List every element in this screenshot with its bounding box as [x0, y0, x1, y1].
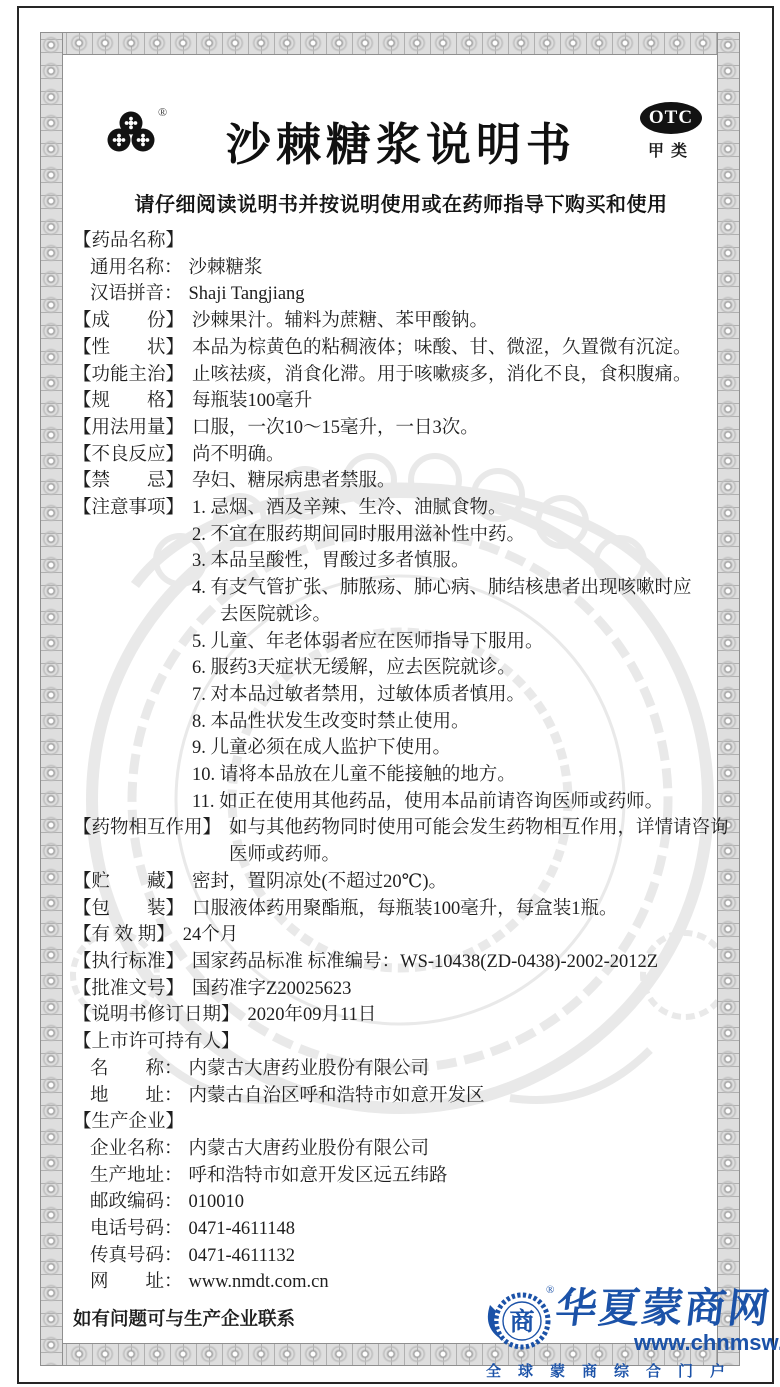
section-value: 孕妇、糖尿病患者禁服。 — [192, 468, 736, 495]
section-label: 【规 格】 — [73, 388, 184, 415]
field-label: 名 称： — [90, 1056, 183, 1083]
field-value: Shaji Tangjiang — [189, 281, 736, 308]
ornate-border-left — [40, 32, 63, 1366]
section-label: 【有 效 期】 — [73, 922, 175, 949]
section-indications: 【功能主治】 止咳祛痰，消食化滞。用于咳嗽痰多，消化不良，食积腹痛。 — [66, 362, 736, 389]
row-generic-name: 通用名称： 沙棘糖浆 — [66, 255, 736, 282]
section-dosage: 【用法用量】 口服，一次10～15毫升，一日3次。 — [66, 415, 736, 442]
precaution-item: 10. 请将本品放在儿童不能接触的地方。 — [192, 762, 692, 789]
section-value: 尚不明确。 — [192, 442, 736, 469]
section-approval-number: 【批准文号】 国药准字Z20025623 — [66, 976, 736, 1003]
precaution-item: 5. 儿童、年老体弱者应在医师指导下服用。 — [192, 629, 692, 656]
section-revision-date: 【说明书修订日期】 2020年09月11日 — [66, 1002, 736, 1029]
section-manufacturer: 【生产企业】 — [66, 1109, 736, 1136]
section-label: 【药物相互作用】 — [73, 815, 221, 842]
field-label: 邮政编码： — [90, 1189, 183, 1216]
section-ingredients: 【成 份】 沙棘果汁。辅料为蔗糖、苯甲酸钠。 — [66, 308, 736, 335]
section-label: 【生产企业】 — [73, 1109, 184, 1136]
row-holder-address: 地 址： 内蒙古自治区呼和浩特市如意开发区 — [66, 1083, 736, 1110]
section-value: 2020年09月11日 — [248, 1002, 736, 1029]
section-standard: 【执行标准】 国家药品标准 标准编号：WS-10438(ZD-0438)-200… — [66, 949, 736, 976]
field-label: 地 址： — [90, 1083, 183, 1110]
page-title: 沙棘糖浆说明书 — [66, 108, 736, 173]
leaflet-body: 【药品名称】 通用名称： 沙棘糖浆 汉语拼音： Shaji Tangjiang … — [66, 228, 736, 1334]
seal-character: 商 — [509, 1307, 534, 1336]
field-value: 内蒙古大唐药业股份有限公司 — [189, 1056, 736, 1083]
precaution-item: 3. 本品呈酸性，胃酸过多者慎服。 — [192, 548, 692, 575]
precaution-item: 2. 不宜在服药期间同时服用滋补性中药。 — [192, 522, 692, 549]
ornate-border-top — [40, 32, 740, 55]
section-package: 【包 装】 口服液体药用聚酯瓶，每瓶装100毫升，每盒装1瓶。 — [66, 896, 736, 923]
merchant-seal-icon: 商 ® — [480, 1279, 554, 1355]
registered-mark: ® — [546, 1284, 554, 1296]
section-value: 国药准字Z20025623 — [192, 976, 736, 1003]
section-label: 【说明书修订日期】 — [73, 1002, 240, 1029]
section-label: 【不良反应】 — [73, 442, 184, 469]
brand-url: www.chnmsw.com — [634, 1331, 780, 1355]
row-manufacturer-name: 企业名称： 内蒙古大唐药业股份有限公司 — [66, 1136, 736, 1163]
section-value: 国家药品标准 标准编号：WS-10438(ZD-0438)-2002-2012Z — [192, 949, 736, 976]
section-adverse-reactions: 【不良反应】 尚不明确。 — [66, 442, 736, 469]
field-label: 传真号码： — [90, 1243, 183, 1270]
section-license-holder: 【上市许可持有人】 — [66, 1029, 736, 1056]
section-value: 密封，置阴凉处(不超过20℃)。 — [192, 869, 736, 896]
row-fax: 传真号码： 0471-4611132 — [66, 1243, 736, 1270]
precaution-item: 4. 有支气管扩张、肺脓疡、肺心病、肺结核患者出现咳嗽时应去医院就诊。 — [192, 575, 692, 628]
section-value: 每瓶装100毫升 — [192, 388, 736, 415]
section-drug-interaction: 【药物相互作用】 如与其他药物同时使用可能会发生药物相互作用，详情请咨询医师或药… — [66, 815, 736, 868]
row-holder-name: 名 称： 内蒙古大唐药业股份有限公司 — [66, 1056, 736, 1083]
precaution-item: 8. 本品性状发生改变时禁止使用。 — [192, 709, 692, 736]
field-value: 010010 — [189, 1189, 736, 1216]
section-label: 【上市许可持有人】 — [73, 1029, 240, 1056]
section-precautions: 【注意事项】 1. 忌烟、酒及辛辣、生冷、油腻食物。 2. 不宜在服药期间同时服… — [66, 495, 736, 815]
package-insert-page: ® OTC 甲类 沙棘糖浆说明书 请仔细阅读说明书并按说明使用或在药师指导下购买… — [0, 0, 780, 1387]
section-label: 【药品名称】 — [73, 228, 184, 255]
section-label: 【功能主治】 — [73, 362, 184, 389]
section-value: 口服液体药用聚酯瓶，每瓶装100毫升，每盒装1瓶。 — [192, 896, 736, 923]
section-validity: 【有 效 期】 24个月 — [66, 922, 736, 949]
field-value: 0471-4611148 — [189, 1216, 736, 1243]
leaflet-header: ® OTC 甲类 沙棘糖浆说明书 请仔细阅读说明书并按说明使用或在药师指导下购买… — [66, 60, 736, 228]
section-label: 【禁 忌】 — [73, 468, 184, 495]
section-value: 沙棘果汁。辅料为蔗糖、苯甲酸钠。 — [192, 308, 736, 335]
field-label: 通用名称： — [90, 255, 183, 282]
section-label: 【用法用量】 — [73, 415, 184, 442]
field-value: 沙棘糖浆 — [189, 255, 736, 282]
precaution-item: 6. 服药3天症状无缓解，应去医院就诊。 — [192, 655, 692, 682]
precaution-item: 1. 忌烟、酒及辛辣、生冷、油腻食物。 — [192, 495, 692, 522]
section-character: 【性 状】 本品为棕黄色的粘稠液体；味酸、甘、微涩，久置微有沉淀。 — [66, 335, 736, 362]
row-manufacturer-address: 生产地址： 呼和浩特市如意开发区远五纬路 — [66, 1163, 736, 1190]
field-value: 0471-4611132 — [189, 1243, 736, 1270]
brand-tagline: 全球蒙商综合门户 — [486, 1360, 772, 1381]
section-contraindications: 【禁 忌】 孕妇、糖尿病患者禁服。 — [66, 468, 736, 495]
field-label: 电话号码： — [90, 1216, 183, 1243]
section-specification: 【规 格】 每瓶装100毫升 — [66, 388, 736, 415]
brand-name: 华夏蒙商网 — [553, 1286, 780, 1330]
row-phone: 电话号码： 0471-4611148 — [66, 1216, 736, 1243]
site-watermark: 商 ® 华夏蒙商网 www.chnmsw.com 全球蒙商综合门户 — [480, 1279, 772, 1381]
precaution-item: 7. 对本品过敏者禁用，过敏体质者慎用。 — [192, 682, 692, 709]
precaution-list: 1. 忌烟、酒及辛辣、生冷、油腻食物。 2. 不宜在服药期间同时服用滋补性中药。… — [192, 495, 692, 815]
field-label: 生产地址： — [90, 1163, 183, 1190]
section-label: 【性 状】 — [73, 335, 184, 362]
section-label: 【包 装】 — [73, 896, 184, 923]
field-label: 汉语拼音： — [90, 281, 183, 308]
section-value: 如与其他药物同时使用可能会发生药物相互作用，详情请咨询医师或药师。 — [229, 815, 736, 868]
precaution-item: 11. 如正在使用其他药品，使用本品前请咨询医师或药师。 — [192, 789, 692, 816]
section-drug-name: 【药品名称】 — [66, 228, 736, 255]
page-subtitle: 请仔细阅读说明书并按说明使用或在药师指导下购买和使用 — [66, 188, 736, 217]
section-value: 止咳祛痰，消食化滞。用于咳嗽痰多，消化不良，食积腹痛。 — [192, 362, 736, 389]
section-label: 【执行标准】 — [73, 949, 184, 976]
field-value: 内蒙古自治区呼和浩特市如意开发区 — [189, 1083, 736, 1110]
precaution-item: 9. 儿童必须在成人监护下使用。 — [192, 735, 692, 762]
section-label: 【贮 藏】 — [73, 869, 184, 896]
row-postcode: 邮政编码： 010010 — [66, 1189, 736, 1216]
section-value: 本品为棕黄色的粘稠液体；味酸、甘、微涩，久置微有沉淀。 — [192, 335, 736, 362]
section-value: 24个月 — [183, 922, 736, 949]
row-pinyin: 汉语拼音： Shaji Tangjiang — [66, 281, 736, 308]
section-storage: 【贮 藏】 密封，置阴凉处(不超过20℃)。 — [66, 869, 736, 896]
section-label: 【批准文号】 — [73, 976, 184, 1003]
section-label: 【注意事项】 — [73, 495, 184, 522]
field-label: 企业名称： — [90, 1136, 183, 1163]
section-value: 口服，一次10～15毫升，一日3次。 — [192, 415, 736, 442]
field-value: 呼和浩特市如意开发区远五纬路 — [189, 1163, 736, 1190]
field-label: 网 址： — [90, 1269, 183, 1296]
section-label: 【成 份】 — [73, 308, 184, 335]
field-value: 内蒙古大唐药业股份有限公司 — [189, 1136, 736, 1163]
